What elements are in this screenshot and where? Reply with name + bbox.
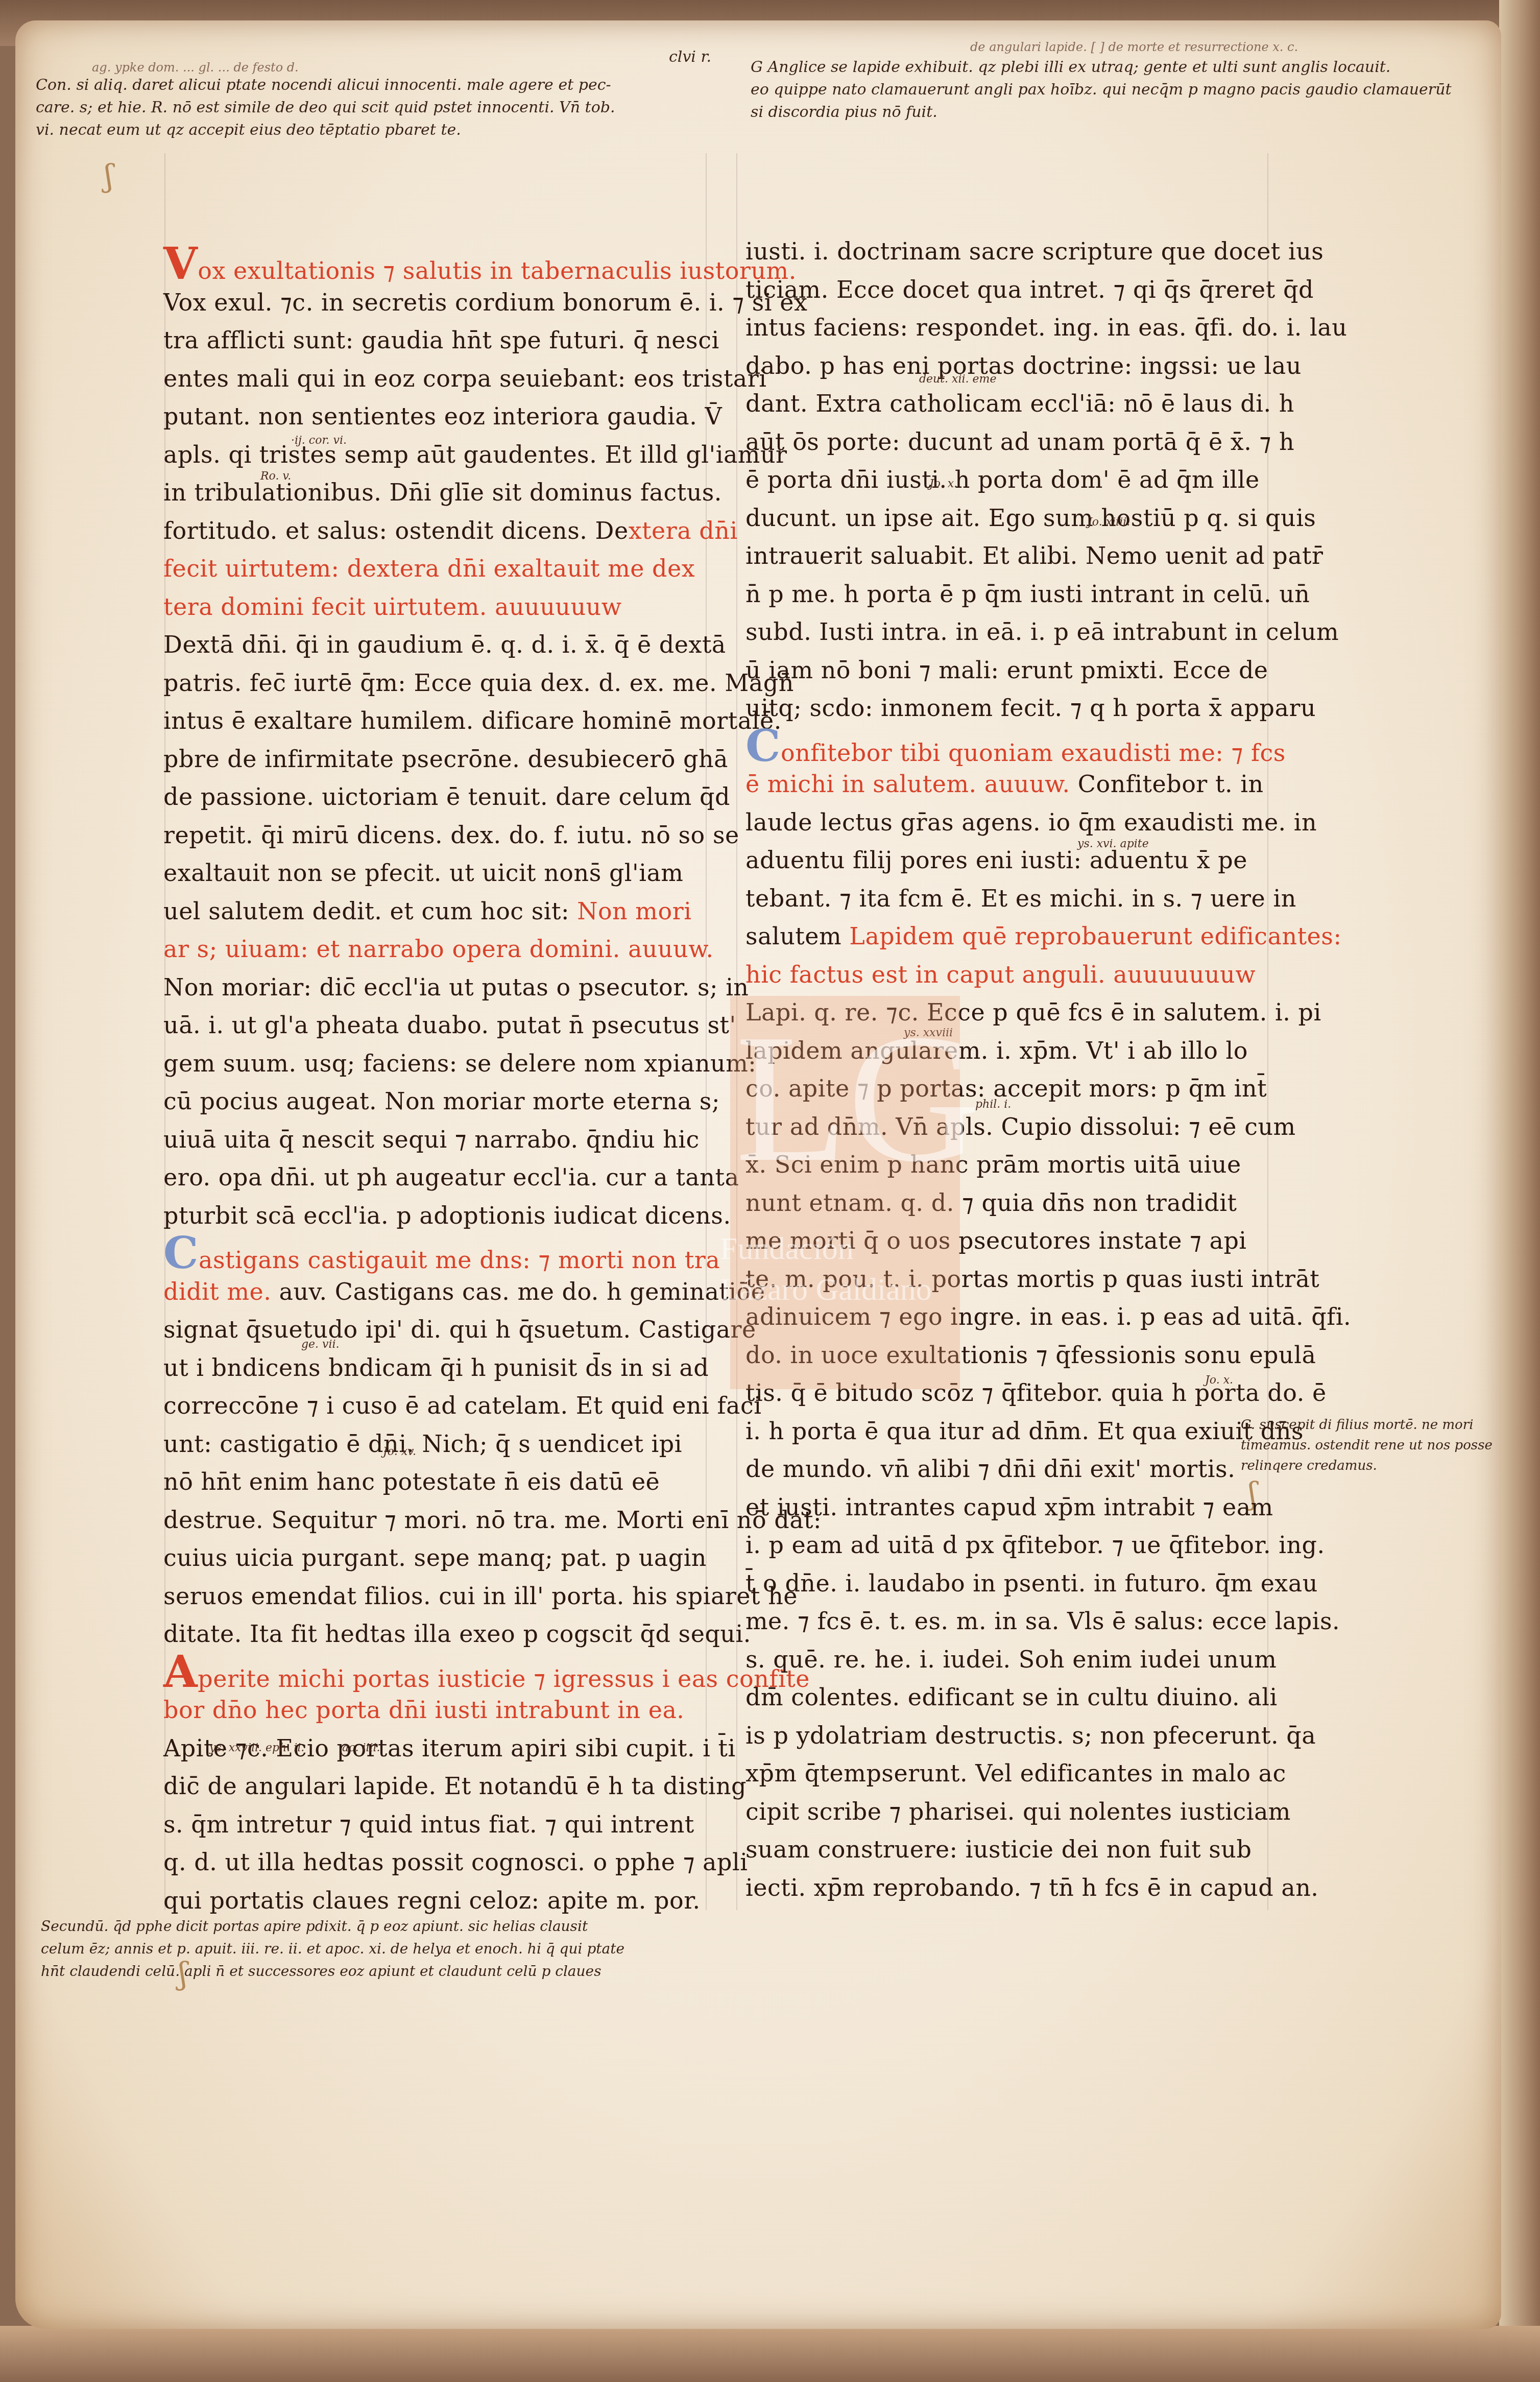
text-line: nō hn̄t enim hanc potestate n̄ eis datū … [163, 1463, 715, 1501]
interlinear-note: ys. xvi. apite [1077, 838, 1149, 850]
text-line: uā. i. ut gl'a pheata duabo. putat n̄ ps… [163, 1006, 715, 1044]
watermark-logo: LG [735, 1006, 980, 1190]
text-line: qui portatis claues regni celoz: apite m… [163, 1881, 715, 1920]
text-line: Aperite michi portas iusticie ⁊ igressus… [163, 1653, 715, 1692]
text-line: salutem Lapidem quē reprobauerunt edific… [745, 917, 1277, 956]
gloss-line: relinqere credamus. [1241, 1456, 1496, 1476]
gloss-line: G Anglice se lapide exhibuit. qz plebi i… [751, 56, 1476, 79]
gloss-line: hn̄t claudendi celū. apli n̄ et successo… [41, 1960, 725, 1983]
text-line: cuius uicia purgant. sepe manq; pat. p u… [163, 1539, 715, 1577]
text-line: ditate. Ita fit hedtas illa exeo p cogsc… [163, 1615, 715, 1653]
text-line: gem suum. usq; faciens: se delere nom xp… [163, 1044, 715, 1083]
right-margin-gloss: G. suscepit di filius mortē. ne mori tim… [1241, 1415, 1496, 1476]
text-line: is p ydolatriam destructis. s; non pfece… [745, 1717, 1277, 1755]
text-line: in tribulationibus. Dn̄i glīe sit dominu… [163, 473, 715, 512]
text-line: repetit. q̄i mirū dicens. dex. do. f. iu… [163, 816, 715, 854]
watermark-line2: Lázaro Galdiano [720, 1272, 932, 1308]
text-line: aūt ōs porte: ducunt ad unam portā q̄ ē … [745, 423, 1277, 461]
rubric-text: Non mori [577, 897, 691, 925]
gloss-line: Con. si aliq. daret alicui ptate nocendi… [36, 74, 679, 97]
text-line: hic factus est in caput anguli. auuuuuuu… [745, 956, 1277, 994]
text-line: ū iam nō boni ⁊ mali: erunt pmixti. Ecce… [745, 651, 1277, 689]
text-line: aduentu filij pores eni iusti: aduentu x… [745, 841, 1277, 879]
marginal-bracket-mark: ʃ [105, 158, 113, 194]
text-line: iusti. i. doctrinam sacre scripture que … [745, 232, 1277, 271]
interlinear-note: phil. i. [975, 1098, 1011, 1111]
folio-number: clvi r. [669, 46, 711, 68]
top-right-gloss-heading: de angulari lapide. [ ] de morte et resu… [970, 36, 1298, 58]
rubric-text: ē michi in salutem. auuuw. [745, 770, 1070, 798]
rubric-text: Lapidem quē reprobauerunt edificantes: [849, 922, 1341, 950]
left-text-column: Vox exultationis ⁊ salutis in tabernacul… [163, 245, 715, 1919]
text-line: n̄ p me. h porta ē p q̄m iusti intrant i… [745, 575, 1277, 613]
top-left-gloss: Con. si aliq. daret alicui ptate nocendi… [36, 74, 679, 141]
text-line: cipit scribe ⁊ pharisei. qui nolentes iu… [745, 1793, 1277, 1831]
rubric-text: xtera dn̄i [629, 517, 738, 544]
text-line: subd. Iusti intra. in eā. i. p eā intrab… [745, 613, 1277, 651]
text-line: suam construere: iusticie dei non fuit s… [745, 1830, 1277, 1869]
text-line: correccōne ⁊ i cuso ē ad catelam. Et qui… [163, 1387, 715, 1425]
text-line: laude lectus gr̄as agens. io q̄m exaudis… [745, 803, 1277, 842]
gloss-line: eo quippe nato clamauerunt angli pax hoī… [751, 79, 1476, 101]
decorated-initial: C [745, 720, 781, 772]
decorated-initial: V [163, 238, 198, 290]
interlinear-note: ac. iiii. [342, 1742, 380, 1754]
gloss-line: Secundū. q̄d pphe dicit portas apire pdi… [41, 1915, 725, 1938]
bottom-gloss: Secundū. q̄d pphe dicit portas apire pdi… [41, 1915, 725, 1983]
book-edge-bottom [0, 2326, 1540, 2382]
text-line: dabo. p has eni portas doctrine: ingssi:… [745, 347, 1277, 385]
interlinear-note: ·ij. cor. vi. [291, 434, 347, 447]
text-line: seruos emendat filios. cui in ill' porta… [163, 1577, 715, 1615]
text-line: dm̄ colentes. edificant se in cultu diui… [745, 1678, 1277, 1717]
interlinear-note: Jo. xv. [383, 1445, 416, 1458]
book-edge-right [1499, 0, 1540, 2382]
text-line: tra afflicti sunt: gaudia hn̄t spe futur… [163, 321, 715, 360]
text-line: ut i bndicens bndicam q̄i h punisit d̄s … [163, 1349, 715, 1387]
text-line: entes mali qui in eoz corpa seuiebant: e… [163, 360, 715, 398]
decorated-initial: C [163, 1227, 199, 1279]
text-line: putant. non sentientes eoz interiora gau… [163, 397, 715, 436]
text-line: destrue. Sequitur ⁊ mori. nō tra. me. Mo… [163, 1501, 715, 1539]
interlinear-note: Jo. x. [929, 478, 957, 490]
text-line: ē michi in salutem. auuuw. Confitebor t.… [745, 765, 1277, 803]
gloss-line: celum ēz; annis et p. apuit. iii. re. ii… [41, 1938, 725, 1960]
gloss-line: care. s; et hie. R. nō est simile de deo… [36, 97, 679, 119]
text-line: cū pocius augeat. Non moriar morte etern… [163, 1082, 715, 1121]
text-line: didit me. auv. Castigans cas. me do. h g… [163, 1273, 715, 1311]
interlinear-note: Ro. v. [260, 470, 291, 483]
top-right-gloss: G Anglice se lapide exhibuit. qz plebi i… [751, 56, 1476, 124]
text-line: apls. qi tristes semp aūt gaudentes. Et … [163, 436, 715, 474]
text-line: de passione. uictoriam ē tenuit. dare ce… [163, 778, 715, 816]
text-line: me. ⁊ fcs ē. t. es. m. in sa. Vls ē salu… [745, 1602, 1277, 1640]
text-line: Vox exultationis ⁊ salutis in tabernacul… [163, 245, 715, 283]
watermark-line1: Fundación [720, 1231, 854, 1267]
text-line: intrauerit saluabit. Et alibi. Nemo ueni… [745, 537, 1277, 575]
interlinear-note: Jo. x. [1205, 1374, 1233, 1387]
text-line: Dextā dn̄i. q̄i in gaudium ē. q. d. i. x… [163, 626, 715, 664]
text-line: intus faciens: respondet. ing. in eas. q… [745, 308, 1277, 347]
text-line: iecti. xp̄m reprobando. ⁊ tn̄ h fcs ē in… [745, 1869, 1277, 1907]
gloss-line: timeamus. ostendit rene ut nos posse [1241, 1435, 1496, 1456]
text-line: ar s; uiuam: et narrabo opera domini. au… [163, 930, 715, 968]
rubric-text: didit me. [163, 1278, 279, 1305]
text-line: patris. fec̄ iurtē q̄m: Ecce quia dex. d… [163, 664, 715, 702]
text-line: fecit uirtutem: dextera dn̄i exaltauit m… [163, 550, 715, 588]
text-line: Confitebor tibi quoniam exaudisti me: ⁊ … [745, 727, 1277, 766]
text-line: ero. opa dn̄i. ut ph augeatur eccl'ia. c… [163, 1158, 715, 1197]
text-line: bor dn̄o hec porta dn̄i iusti intrabunt … [163, 1691, 715, 1729]
decorated-initial: A [163, 1646, 198, 1698]
text-line: tera domini fecit uirtutem. auuuuuuw [163, 588, 715, 626]
watermark-panel: LG Fundación Lázaro Galdiano [730, 996, 960, 1389]
gloss-line: vi. necat eum ut qz accepit eius deo tēp… [36, 119, 679, 141]
text-line: q. d. ut illa hedtas possit cognosci. o … [163, 1843, 715, 1881]
text-line: ticiam. Ecce docet qua intret. ⁊ qi q̄s … [745, 271, 1277, 309]
gloss-line: G. suscepit di filius mortē. ne mori [1241, 1415, 1496, 1435]
interlinear-note: deut. xii. eme [919, 373, 996, 386]
text-line: uiuā uita q̄ nescit sequi ⁊ narrabo. q̄n… [163, 1121, 715, 1159]
text-line: i. h porta ē qua itur ad dn̄m. Et qua ex… [745, 1412, 1277, 1450]
text-line: de mundo. vn̄ alibi ⁊ dn̄i dn̄i exit' mo… [745, 1450, 1277, 1488]
interlinear-note: ys. xxviii. eph. ii. [209, 1742, 304, 1754]
text-line: ducunt. un ipse ait. Ego sum hostiū p q.… [745, 499, 1277, 537]
text-line: s. quē. re. he. i. iudei. Soh enim iudei… [745, 1640, 1277, 1679]
text-line: Castigans castigauit me dns: ⁊ morti non… [163, 1234, 715, 1273]
text-line: pturbit scā eccl'ia. p adoptionis iudica… [163, 1197, 715, 1235]
text-line: uel salutem dedit. et cum hoc sit: Non m… [163, 892, 715, 931]
interlinear-note: ge. vii. [301, 1338, 340, 1351]
text-line: dic̄ de angulari lapide. Et notandū ē h … [163, 1767, 715, 1805]
text-line: uitq; scdo: inmonem fecit. ⁊ q h porta x… [745, 689, 1277, 727]
interlinear-note: Jo. xiiii. [1088, 516, 1130, 529]
text-line: Vox exul. ⁊c. in secretis cordium bonoru… [163, 283, 715, 322]
text-line: et iusti. intrantes capud xp̄m intrabit … [745, 1488, 1277, 1527]
text-line: Non moriar: dic̄ eccl'ia ut putas o psec… [163, 968, 715, 1007]
text-line: exaltauit non se pfecit. ut uicit nons̄ … [163, 854, 715, 892]
text-line: i. p eam ad uitā d px q̄fitebor. ⁊ ue q̄… [745, 1526, 1277, 1564]
text-line: tebant. ⁊ ita fcm ē. Et es michi. in s. … [745, 879, 1277, 918]
text-line: ē porta dn̄i iusti. h porta dom' ē ad q̄… [745, 461, 1277, 499]
text-line: signat q̄suetudo ipi' di. qui h q̄suetum… [163, 1311, 715, 1349]
text-line: t̄ o dn̄e. i. laudabo in psenti. in futu… [745, 1564, 1277, 1603]
text-line: s. q̄m intretur ⁊ quid intus fiat. ⁊ qui… [163, 1805, 715, 1844]
text-line: pbre de infirmitate psecrōne. desubiecer… [163, 740, 715, 778]
text-line: xp̄m q̄tempserunt. Vel edificantes in ma… [745, 1754, 1277, 1793]
text-line: unt: castigatio ē dn̄i. Nich; q̄ s uendi… [163, 1425, 715, 1463]
text-line: fortitudo. et salus: ostendit dicens. De… [163, 512, 715, 550]
text-line: dant. Extra catholicam eccl'iā: nō ē lau… [745, 385, 1277, 423]
text-line: intus ē exaltare humilem. dificare homin… [163, 702, 715, 740]
gloss-line: si discordia pius nō fuit. [751, 101, 1476, 124]
